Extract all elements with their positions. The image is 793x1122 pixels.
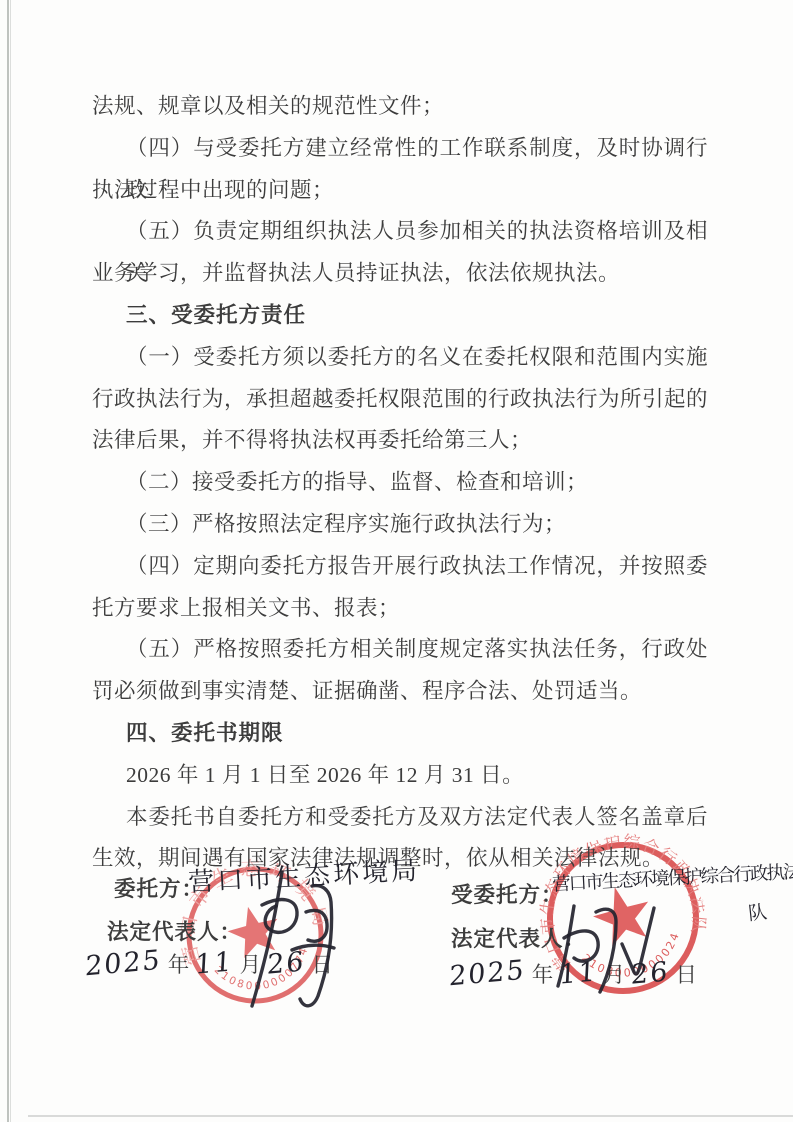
scanned-document-page: 营口市生态环境局 2108000000774 营口市生态环境保护综合行政执法队 … [0,0,793,1122]
date-year-label: 年 [532,958,554,989]
body-line: 2026 年 1 月 1 日至 2026 年 12 月 31 日。 [92,755,708,797]
date-day-handwritten: 26 [266,946,306,981]
delegator-date: 2025 年 11 月 26 日 [85,948,333,979]
date-month-handwritten: 11 [558,956,598,991]
date-year-handwritten: 2025 [84,945,162,983]
delegatee-date: 2025 年 11 月 26 日 [449,958,697,989]
body-line: （四）定期向委托方报告开展行政执法工作情况，并按照委 [92,546,708,588]
body-line: 托方要求上报相关文书、报表； [92,588,708,630]
body-line: 四、委托书期限 [92,713,708,755]
body-line: 法规、规章以及相关的规范性文件； [92,86,708,128]
date-day-handwritten: 26 [630,956,670,991]
date-month-handwritten: 11 [194,946,234,981]
scan-edge-left-faint [10,0,11,1122]
delegator-representative-label: 法定代表人： [107,915,242,946]
body-line: 业务学习，并监督执法人员持证执法，依法依规执法。 [92,253,708,295]
date-day-label: 日 [311,948,333,979]
body-line: 三、受委托方责任 [92,295,708,337]
body-line: （四）与受委托方建立经常性的工作联系制度，及时协调行政 [92,128,708,170]
delegatee-name-handwritten-wrap: 队 [747,897,769,926]
date-year-label: 年 [168,948,190,979]
delegatee-label: 受委托方： [451,878,564,909]
date-day-label: 日 [675,958,697,989]
body-line: 罚必须做到事实清楚、证据确凿、程序合法、处罚适当。 [92,671,708,713]
body-line: （五）负责定期组织执法人员参加相关的执法资格培训及相关 [92,211,708,253]
scan-edge-left [7,0,9,1122]
scan-edge-bottom [28,1115,793,1117]
date-month-label: 月 [240,948,262,979]
body-line: 执法过程中出现的问题； [92,170,708,212]
document-body: 法规、规章以及相关的规范性文件；（四）与受委托方建立经常性的工作联系制度，及时协… [92,86,708,880]
body-line: 本委托书自委托方和受委托方及双方法定代表人签名盖章后 [92,797,708,839]
delegatee-representative-label: 法定代表人： [451,922,586,953]
body-line: （五）严格按照委托方相关制度规定落实执法任务，行政处 [92,629,708,671]
date-year-handwritten: 2025 [448,955,526,993]
body-line: 法律后果，并不得将执法权再委托给第三人； [92,420,708,462]
body-line: （三）严格按照法定程序实施行政执法行为； [92,504,708,546]
body-line: 行政执法行为，承担超越委托权限范围的行政执法行为所引起的 [92,379,708,421]
date-month-label: 月 [604,958,626,989]
body-line: （一）受委托方须以委托方的名义在委托权限和范围内实施 [92,337,708,379]
body-line: （二）接受委托方的指导、监督、检查和培训； [92,462,708,504]
